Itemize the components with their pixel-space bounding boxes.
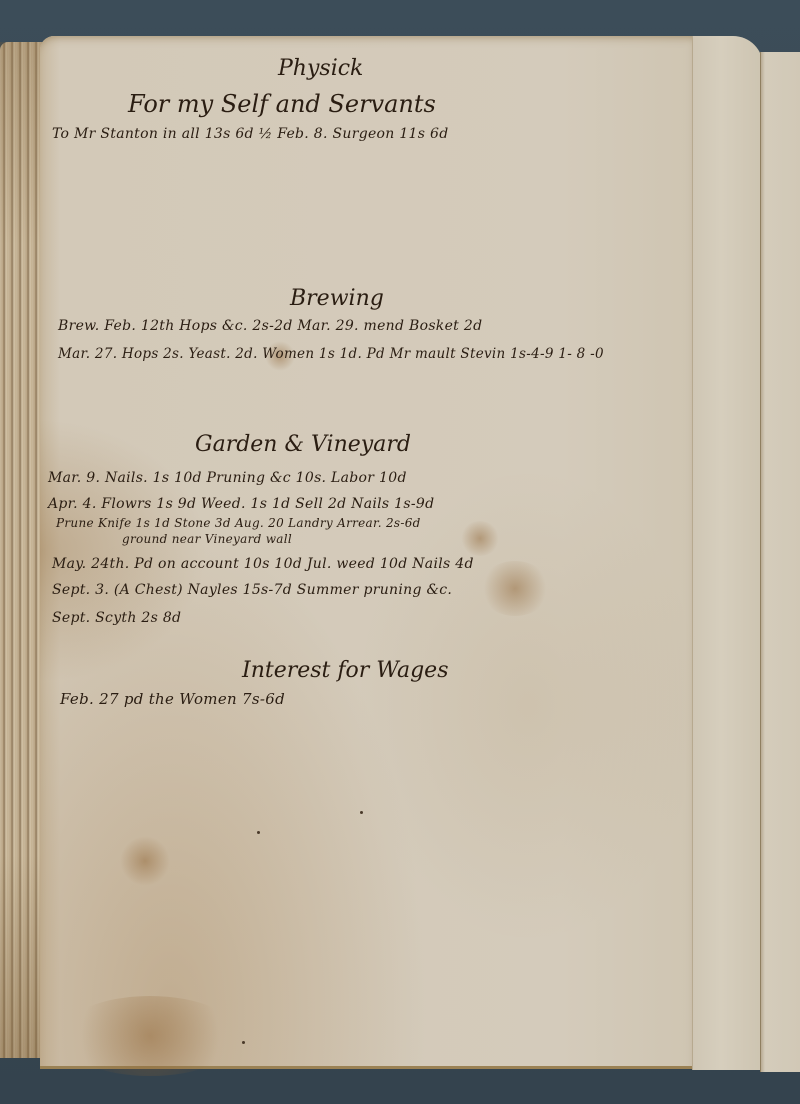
manuscript-page [40,36,692,1069]
ink-speck [242,1041,245,1044]
ink-speck [360,811,363,814]
subheading-self-servants: For my Self and Servants [128,90,436,118]
foxing-stain [460,521,500,556]
heading-physick: Physick [278,56,363,81]
heading-interest-for-wages: Interest for Wages [242,658,449,683]
ink-speck [257,831,260,834]
gutter-fold [692,36,763,1070]
foxing-stain [60,996,240,1076]
ledger-line: Feb. 27 pd the Women 7s-6d [60,690,285,708]
ledger-line: Mar. 9. Nails. 1s 10d Pruning &c 10s. La… [48,470,407,486]
ledger-line: Apr. 4. Flowrs 1s 9d Weed. 1s 1d Sell 2d… [48,496,434,512]
ledger-line: To Mr Stanton in all 13s 6d ½ Feb. 8. Su… [52,126,448,142]
ledger-line: Prune Knife 1s 1d Stone 3d Aug. 20 Landr… [56,516,421,530]
ledger-line-annotation: ground near Vineyard wall [122,532,292,546]
facing-page-edge [760,52,800,1072]
heading-brewing: Brewing [290,286,384,311]
ledger-line: Sept. 3. (A Chest) Nayles 15s-7d Summer … [52,582,452,598]
ledger-line: May. 24th. Pd on account 10s 10d Jul. we… [52,556,474,572]
ledger-line: Sept. Scyth 2s 8d [52,610,181,626]
ledger-line: Brew. Feb. 12th Hops &c. 2s-2d Mar. 29. … [58,318,482,334]
ledger-line: Mar. 27. Hops 2s. Yeast. 2d. Women 1s 1d… [58,346,604,362]
foxing-stain [480,561,550,616]
heading-garden-vineyard: Garden & Vineyard [195,432,411,457]
foxing-stain [120,836,170,886]
